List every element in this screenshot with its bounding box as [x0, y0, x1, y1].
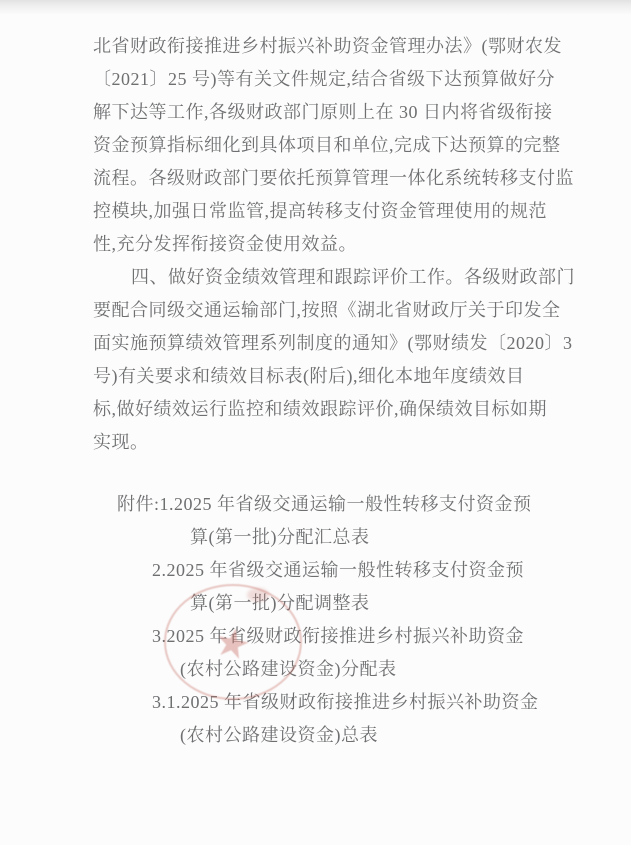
attachment-line: 算(第一批)分配调整表: [190, 587, 573, 620]
attachment-line: 3.2025 年省级财政衔接推进乡村振兴补助资金: [152, 620, 573, 653]
body-line: 面实施预算绩效管理系列制度的通知》(鄂财绩发〔2020〕3: [93, 327, 573, 360]
attachment-line: 算(第一批)分配汇总表: [190, 521, 573, 554]
document-body: 北省财政衔接推进乡村振兴补助资金管理办法》(鄂财农发 〔2021〕25 号)等有…: [93, 30, 573, 752]
body-line: 号)有关要求和绩效目标表(附后),细化本地年度绩效目: [93, 360, 573, 393]
attachment-label: 附件:: [117, 494, 160, 514]
page-top-scan-shadow: [0, 0, 631, 16]
attachment-line: (农村公路建设资金)分配表: [180, 653, 573, 686]
body-line: 要配合同级交通运输部门,按照《湖北省财政厅关于印发全: [93, 294, 573, 327]
body-line: 〔2021〕25 号)等有关文件规定,结合省级下达预算做好分: [93, 63, 573, 96]
attachment-item-text: 1.2025 年省级交通运输一般性转移支付资金预: [160, 494, 532, 514]
document-page: 北省财政衔接推进乡村振兴补助资金管理办法》(鄂财农发 〔2021〕25 号)等有…: [0, 0, 631, 845]
attachment-line: 附件:1.2025 年省级交通运输一般性转移支付资金预: [117, 488, 573, 521]
body-line: 性,充分发挥衔接资金使用效益。: [93, 228, 573, 261]
attachment-line: 2.2025 年省级交通运输一般性转移支付资金预: [152, 554, 573, 587]
body-line: 北省财政衔接推进乡村振兴补助资金管理办法》(鄂财农发: [93, 30, 573, 63]
body-line: 标,做好绩效运行监控和绩效跟踪评价,确保绩效目标如期: [93, 393, 573, 426]
body-line-paragraph-start: 四、做好资金绩效管理和跟踪评价工作。各级财政部门: [131, 261, 573, 294]
body-line: 解下达等工作,各级财政部门原则上在 30 日内将省级衔接: [93, 96, 573, 129]
body-line: 控模块,加强日常监管,提高转移支付资金管理使用的规范: [93, 195, 573, 228]
body-line: 流程。各级财政部门要依托预算管理一体化系统转移支付监: [93, 162, 573, 195]
body-line: 资金预算指标细化到具体项目和单位,完成下达预算的完整: [93, 129, 573, 162]
attachment-line: 3.1.2025 年省级财政衔接推进乡村振兴补助资金: [152, 686, 573, 719]
body-line: 实现。: [93, 426, 573, 459]
attachment-list: 附件:1.2025 年省级交通运输一般性转移支付资金预 算(第一批)分配汇总表 …: [93, 488, 573, 752]
attachment-line: (农村公路建设资金)总表: [180, 719, 573, 752]
